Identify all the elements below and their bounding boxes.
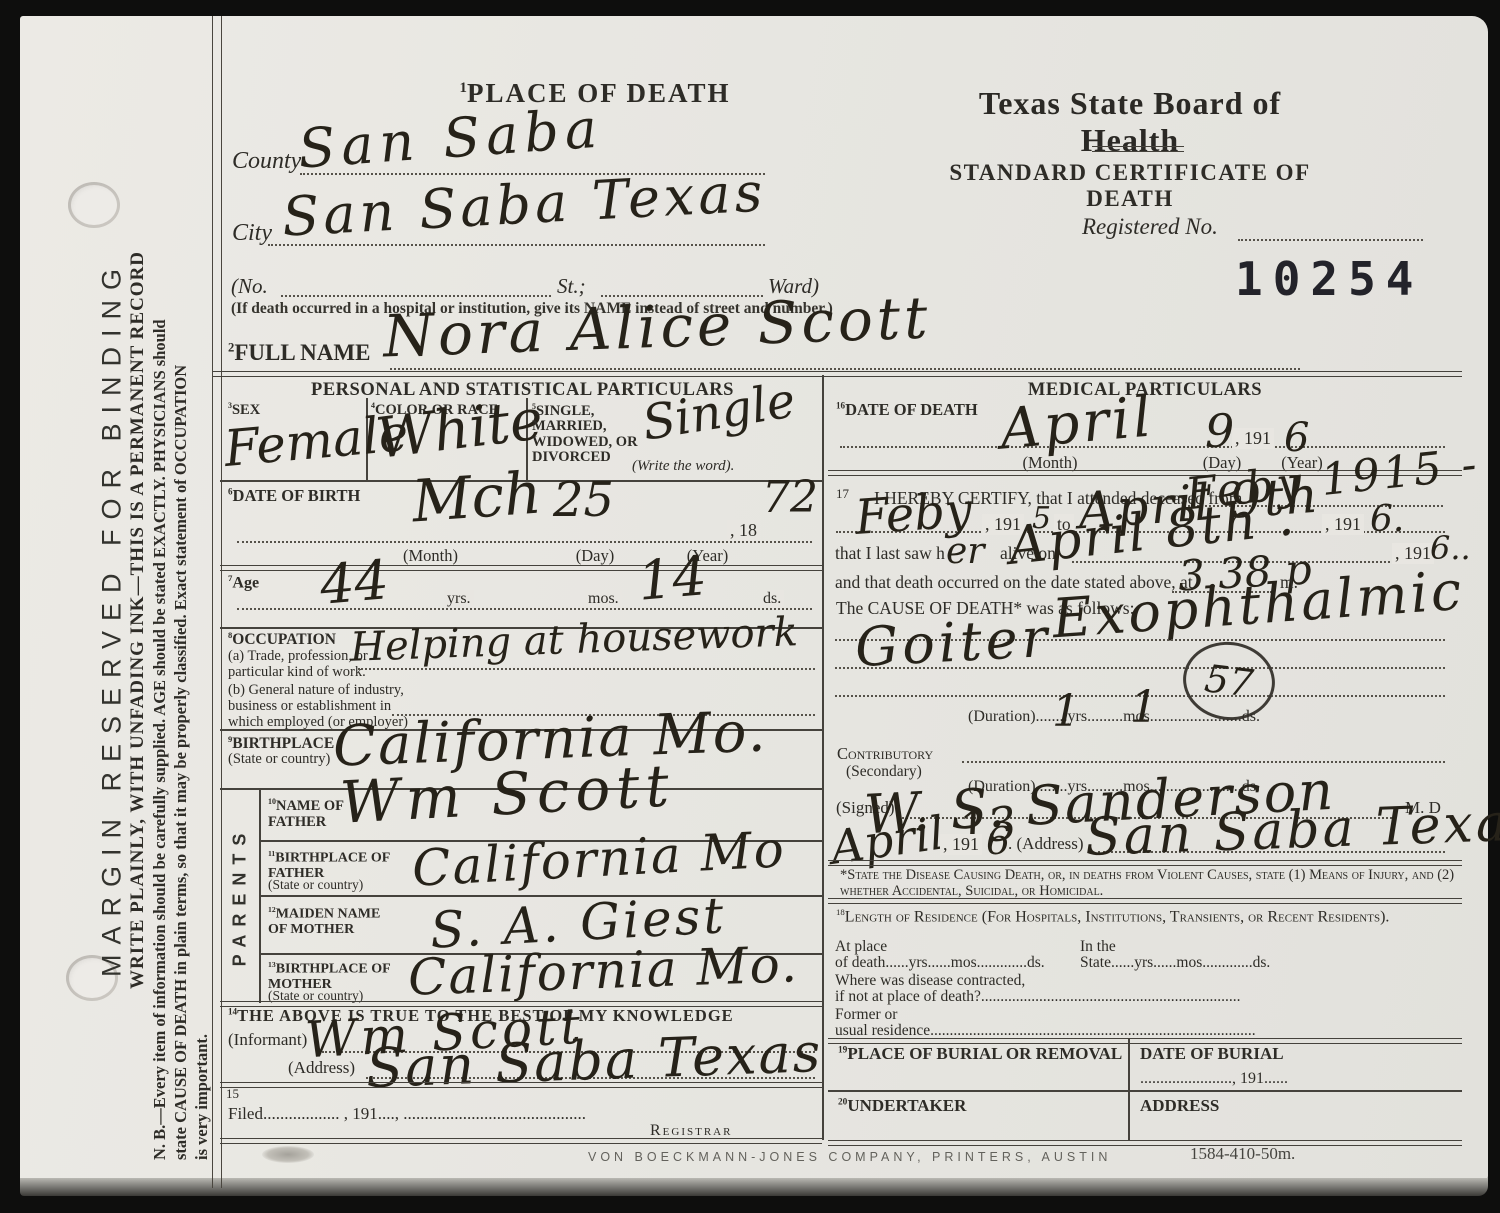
row-rule	[828, 1090, 1462, 1092]
full-name-value: Nora Alice Scott	[382, 288, 932, 365]
age-years-value: 44	[318, 553, 391, 613]
row-rule	[220, 1082, 822, 1088]
board-title-underline	[1092, 146, 1184, 152]
dod-year-prefix: , 191	[1232, 428, 1274, 449]
occupation-field-label: 8OCCUPATION	[228, 630, 336, 649]
mother-birthplace-sup: 13	[268, 960, 276, 969]
of-death-line: of death......yrs......mos.............d…	[835, 954, 1045, 972]
cause-dotted-line-2	[835, 666, 1445, 669]
signed-address-label: . (Address)	[1008, 834, 1084, 854]
printer-credit: VON BOECKMANN-JONES COMPANY, PRINTERS, A…	[588, 1150, 1111, 1164]
certificate-title: STANDARD CERTIFICATE OF DEATH	[930, 160, 1330, 212]
dob-label: DATE OF BIRTH	[233, 486, 361, 505]
print-job-number: 1584-410-50m.	[1190, 1144, 1295, 1164]
margin-write-plainly-text: WRITE PLAINLY, WITH UNFADING INK—THIS IS…	[127, 115, 149, 1125]
father-birthplace-note: (State or country)	[268, 877, 363, 893]
signed-address-value: San Saba Texas	[1084, 796, 1500, 864]
certify-to-digit: 6.	[1370, 502, 1404, 538]
margin-nb-line1: N. B.—Every item of information should b…	[149, 80, 170, 1160]
residence-field-label: 18Length of Residence (For Hospitals, In…	[836, 904, 1458, 925]
registered-no-label: Registered No.	[1082, 214, 1218, 240]
filed-line: Filed.................. , 191...., .....…	[228, 1104, 586, 1124]
registered-no-stamp: 10254	[1235, 252, 1423, 306]
burial-sup: 19	[838, 1045, 847, 1055]
last-saw-label: that I last saw h	[835, 543, 945, 564]
contracted-line2: if not at place of death?...............…	[835, 988, 1241, 1006]
dob-field-label: 6DATE OF BIRTH	[228, 486, 360, 506]
margin-nb-note: N. B.—Every item of information should b…	[149, 80, 215, 1160]
certify-191b: , 191	[1322, 514, 1364, 535]
undertaker-sup: 20	[838, 1097, 847, 1107]
state-line: State......yrs......mos.............ds.	[1080, 954, 1270, 972]
burial-field-label: 19PLACE OF BURIAL OR REMOVAL	[838, 1044, 1122, 1064]
contributory-dotted-line	[962, 760, 1445, 763]
date-of-death-label: DATE OF DEATH	[845, 400, 978, 419]
mother-maiden-sup: 12	[268, 905, 276, 914]
father-name-sup: 10	[268, 797, 276, 806]
duration-yrs-value: 1	[1052, 690, 1080, 734]
margin-nb-line2: state CAUSE OF DEATH in plain terms, so …	[170, 80, 191, 1160]
parents-label: PARENTS	[230, 796, 251, 996]
dob-dotted-line	[237, 540, 812, 543]
place-of-death-sup: 1	[460, 80, 467, 96]
age-ds-label: ds.	[760, 590, 784, 608]
dod-year-digit: 6	[1284, 418, 1309, 458]
father-name-label: NAME OF FATHER	[268, 798, 344, 830]
marital-label: SINGLE, MARRIED, WIDOWED, OR DIVORCED	[532, 403, 638, 466]
burial-date-label: DATE OF BURIAL	[1140, 1044, 1284, 1064]
age-yrs-label: yrs.	[444, 590, 474, 608]
burial-label: PLACE OF BURIAL OR REMOVAL	[847, 1044, 1122, 1063]
county-label: County	[232, 148, 301, 175]
margin-nb-line3: is very important.	[191, 80, 212, 1160]
father-name-value: Wm Scott	[339, 756, 676, 831]
duration-line: (Duration)........yrs.........mos.......…	[968, 708, 1260, 726]
duration-mos-value: 1	[1130, 686, 1158, 730]
secondary-label: (Secondary)	[846, 763, 922, 781]
street-no-dotted-line	[281, 294, 551, 297]
full-name-dotted-line	[390, 367, 1300, 370]
signed-date-digit: 6	[986, 822, 1010, 860]
residence-sup: 18	[836, 907, 845, 917]
dob-month-caption: (Month)	[378, 546, 483, 566]
scanned-death-certificate: MARGIN RESERVED FOR BINDING WRITE PLAINL…	[0, 0, 1500, 1213]
printer-union-bug	[262, 1146, 314, 1163]
undertaker-address-label: ADDRESS	[1140, 1096, 1219, 1116]
mother-birthplace-value: California Mo.	[407, 939, 799, 1003]
mother-maiden-field-label: 12MAIDEN NAME OF MOTHER	[268, 902, 398, 938]
cause-footnote: *State the Disease Causing Death, or, in…	[840, 868, 1456, 899]
full-name-heading: 2FULL NAME	[228, 340, 370, 366]
paper-bottom-edge	[20, 1178, 1488, 1196]
item-15-number: 15	[226, 1086, 239, 1102]
dod-month-value: April	[998, 389, 1156, 458]
contributory-label: Contributory	[837, 744, 933, 764]
row-rule	[828, 860, 1462, 866]
margin-binding-text: MARGIN RESERVED FOR BINDING	[97, 128, 128, 1108]
marital-note: (Write the word).	[632, 458, 734, 475]
undertaker-field-label: 20UNDERTAKER	[838, 1096, 966, 1116]
full-name-label: FULL NAME	[234, 340, 370, 365]
dob-day-value: 25	[553, 476, 614, 524]
marital-note-text: (Write the word).	[632, 458, 734, 474]
age-field-label: 7Age	[228, 573, 259, 592]
dob-year-value: 72	[762, 476, 818, 520]
row-rule	[828, 1140, 1462, 1146]
sex-label: SEX	[232, 402, 260, 418]
last-saw-her-value: er	[946, 534, 985, 570]
residence-label: Length of Residence (For Hospitals, Inst…	[845, 908, 1390, 925]
dob-month-value: Mch	[410, 464, 543, 531]
age-label: Age	[232, 574, 259, 591]
informant-address-label: (Address)	[288, 1058, 355, 1078]
signed-191d: , 191	[940, 834, 982, 855]
date-of-death-sup: 16	[836, 401, 845, 411]
age-mos-label: mos.	[585, 590, 622, 608]
column-divider	[822, 375, 824, 1140]
burial-date-line: ......................., 191......	[1140, 1070, 1288, 1088]
item-17-number: 17	[836, 486, 849, 502]
age-days-value: 14	[636, 549, 709, 609]
truth-sup: 14	[228, 1007, 237, 1017]
form-left-border	[212, 16, 222, 1188]
registered-no-dotted-line	[1238, 238, 1423, 241]
mother-maiden-label: MAIDEN NAME OF MOTHER	[268, 907, 380, 938]
informant-label: (Informant)	[228, 1030, 307, 1050]
occupation-label: OCCUPATION	[232, 631, 336, 648]
street-no-label: (No.	[231, 274, 268, 299]
city-label: City	[232, 220, 272, 247]
marital-field-label: 5SINGLE, MARRIED, WIDOWED, OR DIVORCED	[532, 399, 650, 466]
undertaker-label: UNDERTAKER	[847, 1096, 966, 1115]
section-divider-rule	[213, 371, 1462, 377]
dod-day-value: 9	[1205, 408, 1234, 454]
dob-day-caption: (Day)	[550, 546, 640, 566]
row-rule	[220, 565, 822, 571]
date-of-death-field-label: 16DATE OF DEATH	[836, 400, 978, 420]
row-rule	[220, 1138, 822, 1144]
birthplace-label: BIRTHPLACE	[232, 735, 334, 752]
circled-code-value: 57	[1203, 659, 1256, 703]
dob-year-prefix: , 18	[727, 520, 760, 541]
burial-column-divider	[1128, 1038, 1130, 1140]
birthplace-note: (State or country)	[228, 751, 330, 768]
